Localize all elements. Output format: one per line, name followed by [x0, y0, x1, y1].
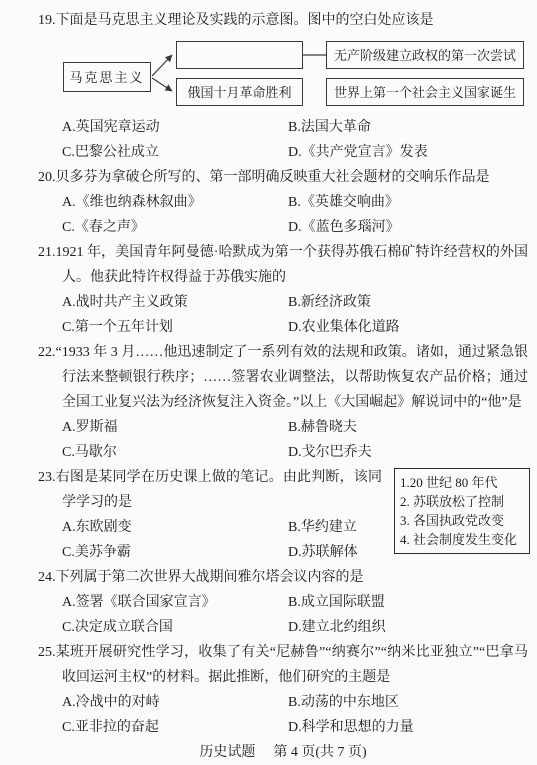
page-footer: 历史试题第 4 页(共 7 页): [38, 740, 528, 765]
question-25-option-c: C.亚非拉的奋起: [62, 715, 288, 740]
question-21-number: 21.: [38, 245, 56, 260]
diagram-box-blank: [176, 41, 303, 69]
diagram-arrow-bottom: [152, 78, 172, 91]
question-19-options-row-2: C.巴黎公社成立 D.《共产党宣言》发表: [38, 140, 528, 165]
question-22-option-d: D.戈尔巴乔夫: [288, 440, 372, 465]
note-line-1: 1.20 世纪 80 年代: [400, 474, 524, 492]
question-21-text: 1921 年，美国青年阿曼德·哈默成为第一个获得苏俄石棉矿特许经营权的外国人。他…: [56, 245, 529, 285]
exam-page: 19.下面是马克思主义理论及实践的示意图。图中的空白处应该是 马克思主义 俄国十…: [0, 0, 537, 765]
question-25-stem: 25.某班开展研究性学习，收集了有关“尼赫鲁”“纳赛尔”“纳米比亚独立”“巴拿马…: [38, 640, 528, 690]
question-19-option-b: B.法国大革命: [288, 115, 371, 140]
question-19-stem: 19.下面是马克思主义理论及实践的示意图。图中的空白处应该是: [38, 8, 528, 33]
footer-doc-title: 历史试题: [199, 745, 255, 760]
question-23-number: 23.: [38, 470, 56, 485]
note-line-2: 2. 苏联放松了控制: [400, 493, 524, 511]
question-21-option-a: A.战时共产主义政策: [62, 290, 288, 315]
question-22-option-a: A.罗斯福: [62, 415, 288, 440]
question-19-number: 19.: [38, 13, 56, 28]
note-line-4: 4. 社会制度发生变化: [400, 531, 524, 549]
question-25-number: 25.: [38, 645, 56, 660]
question-20: 20.贝多芬为拿破仑所写的、第一部明确反映重大社会题材的交响乐作品是 A.《维也…: [38, 165, 528, 240]
question-23-option-d: D.苏联解体: [288, 540, 358, 565]
question-25-options-row-2: C.亚非拉的奋起 D.科学和思想的力量: [38, 715, 528, 740]
question-24-option-b: B.成立国际联盟: [288, 590, 385, 615]
question-23-option-c: C.美苏争霸: [62, 540, 288, 565]
question-24-option-a: A.签署《联合国家宣言》: [62, 590, 288, 615]
question-20-option-c: C.《春之声》: [62, 215, 288, 240]
footer-page-info: 第 4 页(共 7 页): [273, 745, 366, 760]
question-25-text: 某班开展研究性学习，收集了有关“尼赫鲁”“纳赛尔”“纳米比亚独立”“巴拿马收回运…: [56, 645, 529, 685]
note-line-3: 3. 各国执政党改变: [400, 512, 524, 530]
diagram-box-first-attempt: 无产阶级建立政权的第一次尝试: [326, 41, 524, 69]
question-24: 24.下列属于第二次世界大战期间雅尔塔会议内容的是 A.签署《联合国家宣言》 B…: [38, 565, 528, 640]
question-23-option-a: A.东欧剧变: [62, 515, 288, 540]
diagram-box-socialist-state: 世界上第一个社会主义国家诞生: [326, 78, 524, 106]
question-24-options-row-1: A.签署《联合国家宣言》 B.成立国际联盟: [38, 590, 528, 615]
question-21-options-row-2: C.第一个五年计划 D.农业集体化道路: [38, 315, 528, 340]
question-20-option-a: A.《维也纳森林叙曲》: [62, 190, 288, 215]
question-19-options-row-1: A.英国宪章运动 B.法国大革命: [38, 115, 528, 140]
question-22-options-row-2: C.马歇尔 D.戈尔巴乔夫: [38, 440, 528, 465]
question-22: 22.“1933 年 3 月……他迅速制定了一系列有效的法规和政策。诸如，通过紧…: [38, 340, 528, 465]
question-22-text: “1933 年 3 月……他迅速制定了一系列有效的法规和政策。诸如，通过紧急银行…: [56, 345, 529, 410]
question-22-option-c: C.马歇尔: [62, 440, 288, 465]
question-21: 21.1921 年，美国青年阿曼德·哈默成为第一个获得苏俄石棉矿特许经营权的外国…: [38, 240, 528, 340]
question-20-options-row-2: C.《春之声》 D.《蓝色多瑙河》: [38, 215, 528, 240]
question-19-option-c: C.巴黎公社成立: [62, 140, 288, 165]
question-24-option-c: C.决定成立联合国: [62, 615, 288, 640]
diagram-box-marxism: 马克思主义: [63, 62, 151, 92]
question-21-options-row-1: A.战时共产主义政策 B.新经济政策: [38, 290, 528, 315]
question-24-option-d: D.建立北约组织: [288, 615, 386, 640]
question-19-option-d: D.《共产党宣言》发表: [288, 140, 428, 165]
question-24-text: 下列属于第二次世界大战期间雅尔塔会议内容的是: [56, 570, 364, 585]
question-24-stem: 24.下列属于第二次世界大战期间雅尔塔会议内容的是: [38, 565, 528, 590]
question-21-option-c: C.第一个五年计划: [62, 315, 288, 340]
question-23-stem: 23.右图是某同学在历史课上做的笔记。由此判断，该同学学习的是: [38, 465, 382, 515]
question-22-stem: 22.“1933 年 3 月……他迅速制定了一系列有效的法规和政策。诸如，通过紧…: [38, 340, 528, 415]
question-19-text: 下面是马克思主义理论及实践的示意图。图中的空白处应该是: [56, 13, 434, 28]
question-21-option-d: D.农业集体化道路: [288, 315, 400, 340]
marxism-diagram: 马克思主义 俄国十月革命胜利 无产阶级建立政权的第一次尝试 世界上第一个社会主义…: [38, 41, 528, 107]
question-21-option-b: B.新经济政策: [288, 290, 371, 315]
question-20-option-d: D.《蓝色多瑙河》: [288, 215, 400, 240]
question-23-option-b: B.华约建立: [288, 515, 357, 540]
diagram-box-october-revolution: 俄国十月革命胜利: [176, 78, 303, 106]
question-20-options-row-1: A.《维也纳森林叙曲》 B.《英雄交响曲》: [38, 190, 528, 215]
question-22-number: 22.: [38, 345, 56, 360]
question-19: 19.下面是马克思主义理论及实践的示意图。图中的空白处应该是 马克思主义 俄国十…: [38, 8, 528, 165]
question-19-option-a: A.英国宪章运动: [62, 115, 288, 140]
question-25-option-a: A.冷战中的对峙: [62, 690, 288, 715]
question-20-stem: 20.贝多芬为拿破仑所写的、第一部明确反映重大社会题材的交响乐作品是: [38, 165, 528, 190]
question-25-option-d: D.科学和思想的力量: [288, 715, 414, 740]
question-20-option-b: B.《英雄交响曲》: [288, 190, 399, 215]
question-24-number: 24.: [38, 570, 56, 585]
question-24-options-row-2: C.决定成立联合国 D.建立北约组织: [38, 615, 528, 640]
question-22-options-row-1: A.罗斯福 B.赫鲁晓夫: [38, 415, 528, 440]
question-20-number: 20.: [38, 170, 56, 185]
question-25-options-row-1: A.冷战中的对峙 B.动荡的中东地区: [38, 690, 528, 715]
question-21-stem: 21.1921 年，美国青年阿曼德·哈默成为第一个获得苏俄石棉矿特许经营权的外国…: [38, 240, 528, 290]
question-22-option-b: B.赫鲁晓夫: [288, 415, 357, 440]
diagram-arrow-top: [152, 55, 172, 76]
question-25: 25.某班开展研究性学习，收集了有关“尼赫鲁”“纳赛尔”“纳米比亚独立”“巴拿马…: [38, 640, 528, 740]
history-note-box: 1.20 世纪 80 年代 2. 苏联放松了控制 3. 各国执政党改变 4. 社…: [394, 468, 530, 554]
question-25-option-b: B.动荡的中东地区: [288, 690, 399, 715]
question-20-text: 贝多芬为拿破仑所写的、第一部明确反映重大社会题材的交响乐作品是: [56, 170, 490, 185]
question-23-text: 右图是某同学在历史课上做的笔记。由此判断，该同学学习的是: [56, 470, 383, 510]
